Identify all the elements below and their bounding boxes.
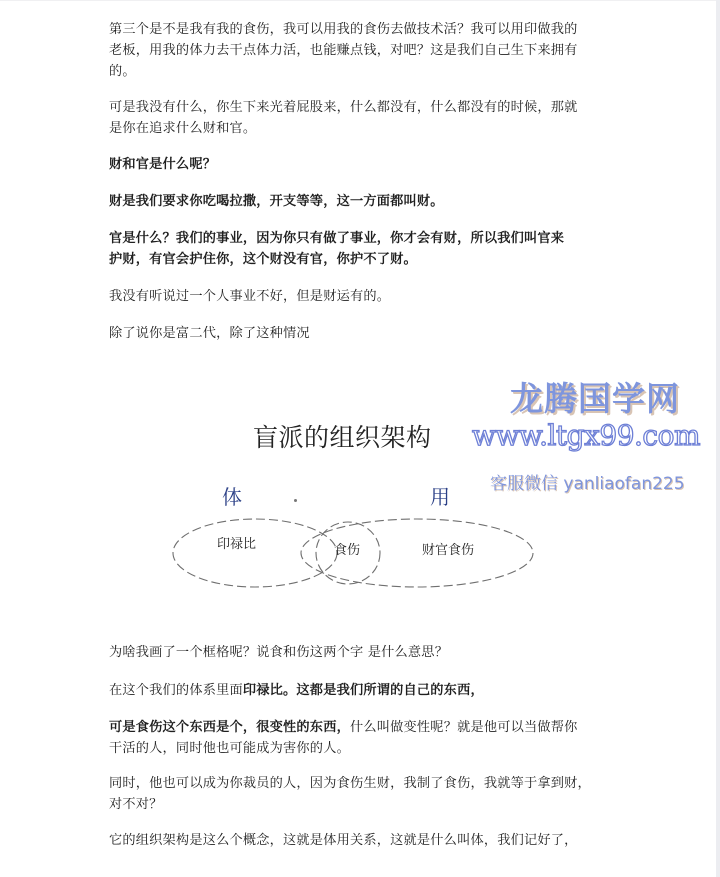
paragraph-line: 老板，用我的体力去干点体力活，也能赚点钱，对吧？这是我们自己生下来拥有 bbox=[109, 43, 578, 58]
paragraph-2: 可是我没有什么，你生下来光着屁股来，什么都没有，什么都没有的时候，那就 是你在追… bbox=[109, 97, 614, 139]
paragraph-line: 官是什么？我们的事业，因为你只有做了事业，你才会有财，所以我们叫官来 bbox=[109, 231, 564, 246]
paragraph-12: 它的组织架构是这么个概念，这就是体用关系，这就是什么叫体，我们记好了， bbox=[109, 830, 614, 851]
paragraph-3-heading: 财和官是什么呢？ bbox=[109, 154, 614, 175]
dot-marker bbox=[294, 499, 297, 502]
paragraph-4: 财是我们要求你吃喝拉撒，开支等等，这一方面都叫财。 bbox=[109, 191, 614, 212]
ellipse-center-text: 食伤 bbox=[334, 539, 360, 558]
paragraph-segment: 什么叫做变性呢？就是他可以当做帮你 bbox=[350, 720, 578, 735]
paragraph-line: 第三个是不是我有我的食伤，我可以用我的食伤去做技术活？我可以用印做我的 bbox=[109, 22, 578, 37]
paragraph-line: 它的组织架构是这么个概念，这就是体用关系，这就是什么叫体，我们记好了， bbox=[109, 833, 578, 848]
paragraph-line: 我没有听说过一个人事业不好，但是财运有的。 bbox=[109, 289, 390, 304]
ellipse-right-text: 财官食伤 bbox=[422, 539, 474, 558]
diagram-title: 盲派的组织架构 bbox=[253, 418, 432, 454]
ellipse-left-text: 印禄比 bbox=[217, 533, 256, 552]
paragraph-line: 可是我没有什么，你生下来光着屁股来，什么都没有，什么都没有的时候，那就 bbox=[109, 100, 578, 115]
paragraph-line: 是你在追求什么财和官。 bbox=[109, 121, 256, 136]
label-ti: 体 bbox=[222, 481, 242, 510]
paragraph-6: 我没有听说过一个人事业不好，但是财运有的。 bbox=[109, 286, 614, 307]
paragraph-line: 的。 bbox=[109, 64, 136, 79]
paragraph-9: 在这个我们的体系里面印禄比。这都是我们所谓的自己的东西， bbox=[109, 680, 614, 701]
paragraph-8: 为啥我画了一个框格呢？说食和伤这两个字 是什么意思？ bbox=[109, 642, 614, 663]
paragraph-line: 除了说你是富二代，除了这种情况 bbox=[109, 326, 310, 341]
paragraph-10: 可是食伤这个东西是个，很变性的东西，什么叫做变性呢？就是他可以当做帮你 干活的人… bbox=[109, 717, 614, 759]
paragraph-segment-bold: 印禄比。这都是我们所谓的自己的东西， bbox=[243, 683, 484, 698]
watermark-url: www.ltgx99.com bbox=[472, 419, 700, 452]
paragraph-line: 干活的人，同时他也可能成为害你的人。 bbox=[109, 741, 350, 756]
paragraph-line: 护财，有官会护住你，这个财没有官，你护不了财。 bbox=[109, 252, 417, 267]
paragraph-line: 财和官是什么呢？ bbox=[109, 157, 216, 172]
paragraph-line: 同时，他也可以成为你裁员的人，因为食伤生财，我制了食伤，我就等于拿到财， bbox=[109, 776, 591, 791]
paragraph-7: 除了说你是富二代，除了这种情况 bbox=[109, 323, 614, 344]
paragraph-line: 财是我们要求你吃喝拉撒，开支等等，这一方面都叫财。 bbox=[109, 194, 444, 209]
paragraph-1: 第三个是不是我有我的食伤，我可以用我的食伤去做技术活？我可以用印做我的 老板，用… bbox=[109, 19, 614, 82]
watermark-site-name: 龙腾国学网 bbox=[510, 373, 680, 420]
page-edge bbox=[716, 0, 720, 877]
label-yong: 用 bbox=[430, 481, 450, 510]
paragraph-line: 为啥我画了一个框格呢？说食和伤这两个字 是什么意思？ bbox=[109, 645, 448, 660]
paragraph-line: 对不对？ bbox=[109, 797, 163, 812]
paragraph-5: 官是什么？我们的事业，因为你只有做了事业，你才会有财，所以我们叫官来 护财，有官… bbox=[109, 228, 614, 270]
paragraph-segment-bold: 可是食伤这个东西是个，很变性的东西， bbox=[109, 720, 350, 735]
paragraph-11: 同时，他也可以成为你裁员的人，因为食伤生财，我制了食伤，我就等于拿到财， 对不对… bbox=[109, 773, 614, 815]
document-page: 第三个是不是我有我的食伤，我可以用我的食伤去做技术活？我可以用印做我的 老板，用… bbox=[0, 0, 716, 877]
watermark-contact: 客服微信 yanliaofan225 bbox=[490, 469, 685, 494]
paragraph-segment: 在这个我们的体系里面 bbox=[109, 683, 243, 698]
